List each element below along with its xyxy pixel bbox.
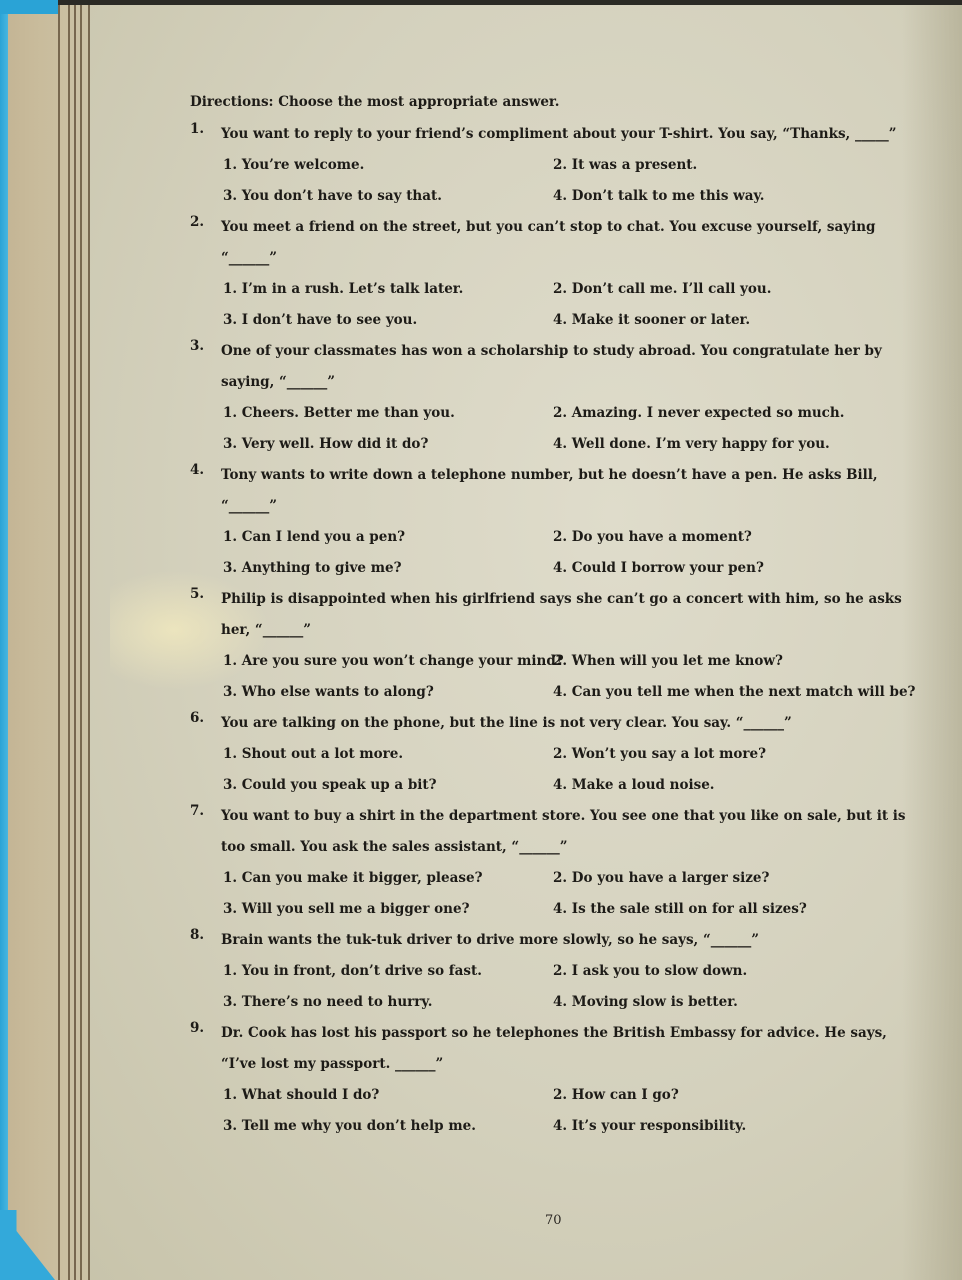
question-number: 1. — [190, 119, 218, 139]
question-text: Dr. Cook has lost his passport so he tel… — [221, 1018, 910, 1080]
answer-options: 1. What should I do?2. How can I go?3. T… — [223, 1085, 910, 1136]
question-item: 1.You want to reply to your friend’s com… — [190, 119, 910, 206]
answer-option: 1. Can you make it bigger, please? — [223, 868, 553, 888]
answer-options: 1. Shout out a lot more.2. Won’t you say… — [223, 744, 910, 795]
answer-option: 3. Could you speak up a bit? — [223, 775, 553, 795]
question-number: 2. — [190, 212, 218, 232]
answer-option: 2. Won’t you say a lot more? — [553, 744, 913, 764]
answer-option: 4. Is the sale still on for all sizes? — [553, 899, 913, 919]
answer-option: 1. You in front, don’t drive so fast. — [223, 961, 553, 981]
answer-option: 4. Make it sooner or later. — [553, 310, 913, 330]
answer-option: 3. I don’t have to see you. — [223, 310, 553, 330]
answer-option: 4. Can you tell me when the next match w… — [553, 682, 913, 702]
answer-option: 2. Amazing. I never expected so much. — [553, 403, 913, 423]
answer-option: 3. You don’t have to say that. — [223, 186, 553, 206]
answer-options: 1. Can you make it bigger, please?2. Do … — [223, 868, 910, 919]
answer-option: 1. What should I do? — [223, 1085, 553, 1105]
directions-text: Directions: Choose the most appropriate … — [190, 92, 910, 112]
book-cover-corner — [0, 0, 58, 14]
question-text: Tony wants to write down a telephone num… — [221, 460, 910, 522]
question-text: You are talking on the phone, but the li… — [221, 708, 910, 739]
answer-option: 2. Don’t call me. I’ll call you. — [553, 279, 913, 299]
question-number: 3. — [190, 336, 218, 356]
answer-option: 3. There’s no need to hurry. — [223, 992, 553, 1012]
worksheet-content: Directions: Choose the most appropriate … — [190, 92, 910, 1147]
question-number: 5. — [190, 584, 218, 604]
answer-option: 3. Will you sell me a bigger one? — [223, 899, 553, 919]
answer-option: 1. Can I lend you a pen? — [223, 527, 553, 547]
question-item: 8.Brain wants the tuk-tuk driver to driv… — [190, 925, 910, 1012]
page-edge-line — [68, 5, 70, 1280]
question-text: Brain wants the tuk-tuk driver to drive … — [221, 925, 910, 956]
answer-option: 1. Shout out a lot more. — [223, 744, 553, 764]
answer-option: 3. Very well. How did it do? — [223, 434, 553, 454]
page-stack-edges — [8, 5, 90, 1280]
answer-option: 4. It’s your responsibility. — [553, 1116, 913, 1136]
answer-option: 2. How can I go? — [553, 1085, 913, 1105]
question-item: 7.You want to buy a shirt in the departm… — [190, 801, 910, 919]
question-number: 4. — [190, 460, 218, 480]
answer-option: 1. Are you sure you won’t change your mi… — [223, 651, 553, 671]
question-text: Philip is disappointed when his girlfrie… — [221, 584, 910, 646]
answer-option: 1. You’re welcome. — [223, 155, 553, 175]
page-edge-line — [74, 5, 76, 1280]
answer-option: 3. Who else wants to along? — [223, 682, 553, 702]
question-number: 8. — [190, 925, 218, 945]
answer-options: 1. You’re welcome.2. It was a present.3.… — [223, 155, 910, 206]
answer-options: 1. Can I lend you a pen?2. Do you have a… — [223, 527, 910, 578]
page-number: 70 — [545, 1213, 562, 1228]
question-text: You meet a friend on the street, but you… — [221, 212, 910, 274]
answer-option: 2. It was a present. — [553, 155, 913, 175]
answer-option: 1. Cheers. Better me than you. — [223, 403, 553, 423]
question-item: 4.Tony wants to write down a telephone n… — [190, 460, 910, 578]
question-number: 7. — [190, 801, 218, 821]
answer-option: 2. I ask you to slow down. — [553, 961, 913, 981]
page-edge-line — [80, 5, 82, 1280]
answer-option: 1. I’m in a rush. Let’s talk later. — [223, 279, 553, 299]
answer-options: 1. Cheers. Better me than you.2. Amazing… — [223, 403, 910, 454]
answer-option: 4. Well done. I’m very happy for you. — [553, 434, 913, 454]
answer-option: 4. Make a loud noise. — [553, 775, 913, 795]
question-item: 2.You meet a friend on the street, but y… — [190, 212, 910, 330]
answer-option: 2. Do you have a larger size? — [553, 868, 913, 888]
question-item: 3.One of your classmates has won a schol… — [190, 336, 910, 454]
answer-option: 4. Don’t talk to me this way. — [553, 186, 913, 206]
answer-option: 4. Could I borrow your pen? — [553, 558, 913, 578]
book-cover-edge — [0, 14, 8, 1280]
question-item: 9.Dr. Cook has lost his passport so he t… — [190, 1018, 910, 1136]
answer-option: 3. Anything to give me? — [223, 558, 553, 578]
answer-options: 1. You in front, don’t drive so fast.2. … — [223, 961, 910, 1012]
question-item: 5.Philip is disappointed when his girlfr… — [190, 584, 910, 702]
answer-option: 2. Do you have a moment? — [553, 527, 913, 547]
page-edge-line — [58, 5, 60, 1280]
question-text: One of your classmates has won a scholar… — [221, 336, 910, 398]
question-number: 6. — [190, 708, 218, 728]
question-number: 9. — [190, 1018, 218, 1038]
answer-option: 2. When will you let me know? — [553, 651, 913, 671]
question-text: You want to buy a shirt in the departmen… — [221, 801, 910, 863]
question-text: You want to reply to your friend’s compl… — [221, 119, 910, 150]
answer-option: 4. Moving slow is better. — [553, 992, 913, 1012]
answer-options: 1. Are you sure you won’t change your mi… — [223, 651, 910, 702]
answer-options: 1. I’m in a rush. Let’s talk later.2. Do… — [223, 279, 910, 330]
question-item: 6.You are talking on the phone, but the … — [190, 708, 910, 795]
answer-option: 3. Tell me why you don’t help me. — [223, 1116, 553, 1136]
question-list: 1.You want to reply to your friend’s com… — [190, 119, 910, 1136]
